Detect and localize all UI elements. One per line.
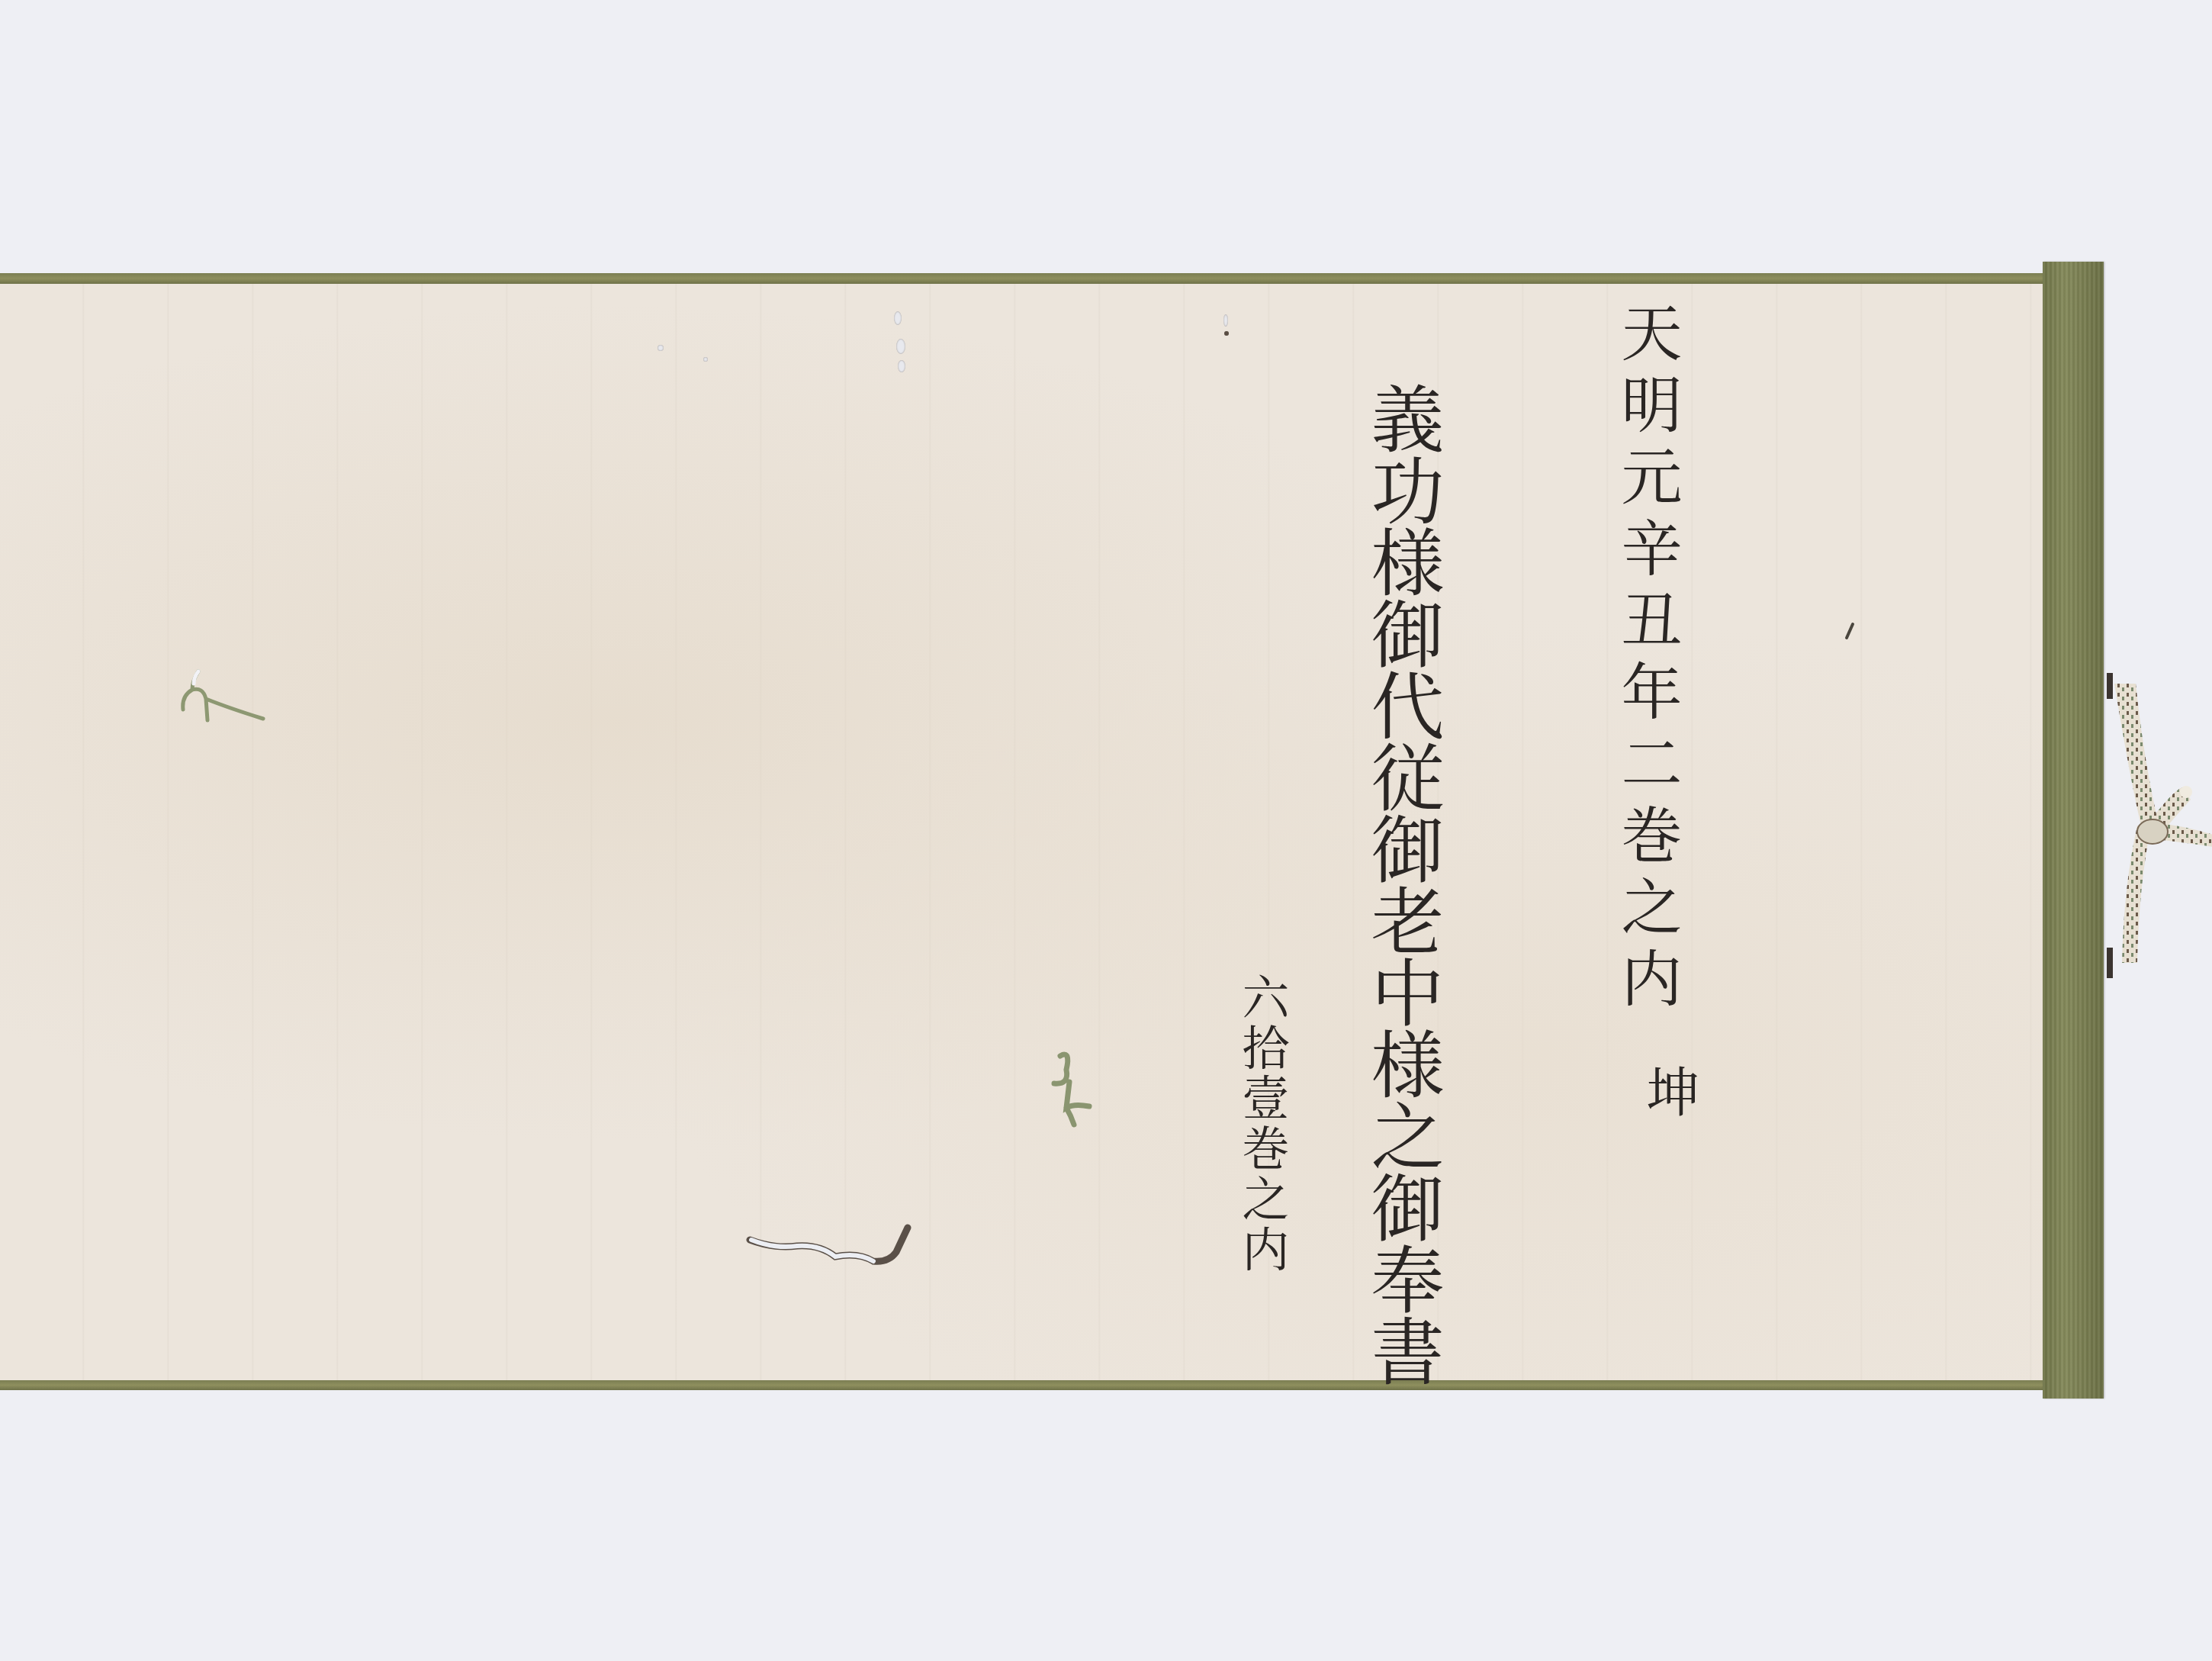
worm-hole bbox=[657, 345, 664, 351]
scroll-document bbox=[0, 273, 2044, 1390]
small-mark bbox=[1842, 620, 1857, 642]
worm-hole bbox=[896, 339, 905, 354]
paper-sheet bbox=[0, 284, 2044, 1380]
silk-border-top bbox=[0, 273, 2044, 284]
volume-marker-kun: 坤 bbox=[1631, 1064, 1708, 1121]
worm-hole bbox=[894, 311, 902, 325]
volume-note-column: 六拾壹巻之内 bbox=[1228, 973, 1296, 1275]
tie-cord bbox=[2107, 673, 2212, 978]
silk-border-bottom bbox=[0, 1380, 2044, 1390]
worm-hole bbox=[703, 357, 708, 362]
main-title-column: 義功様御代従御老中様之御奉書 bbox=[1350, 381, 1455, 1386]
worm-trail-center bbox=[1043, 1039, 1104, 1131]
worm-hole bbox=[1224, 331, 1229, 336]
title-date-column: 天明元辛丑年二巻之内 bbox=[1616, 301, 1677, 1019]
worm-hole bbox=[898, 360, 905, 372]
silk-cover-flap bbox=[2043, 262, 2104, 1399]
worm-hole bbox=[1223, 314, 1228, 327]
worm-trail-left bbox=[175, 665, 275, 734]
worm-tear-bottom bbox=[744, 1218, 911, 1280]
